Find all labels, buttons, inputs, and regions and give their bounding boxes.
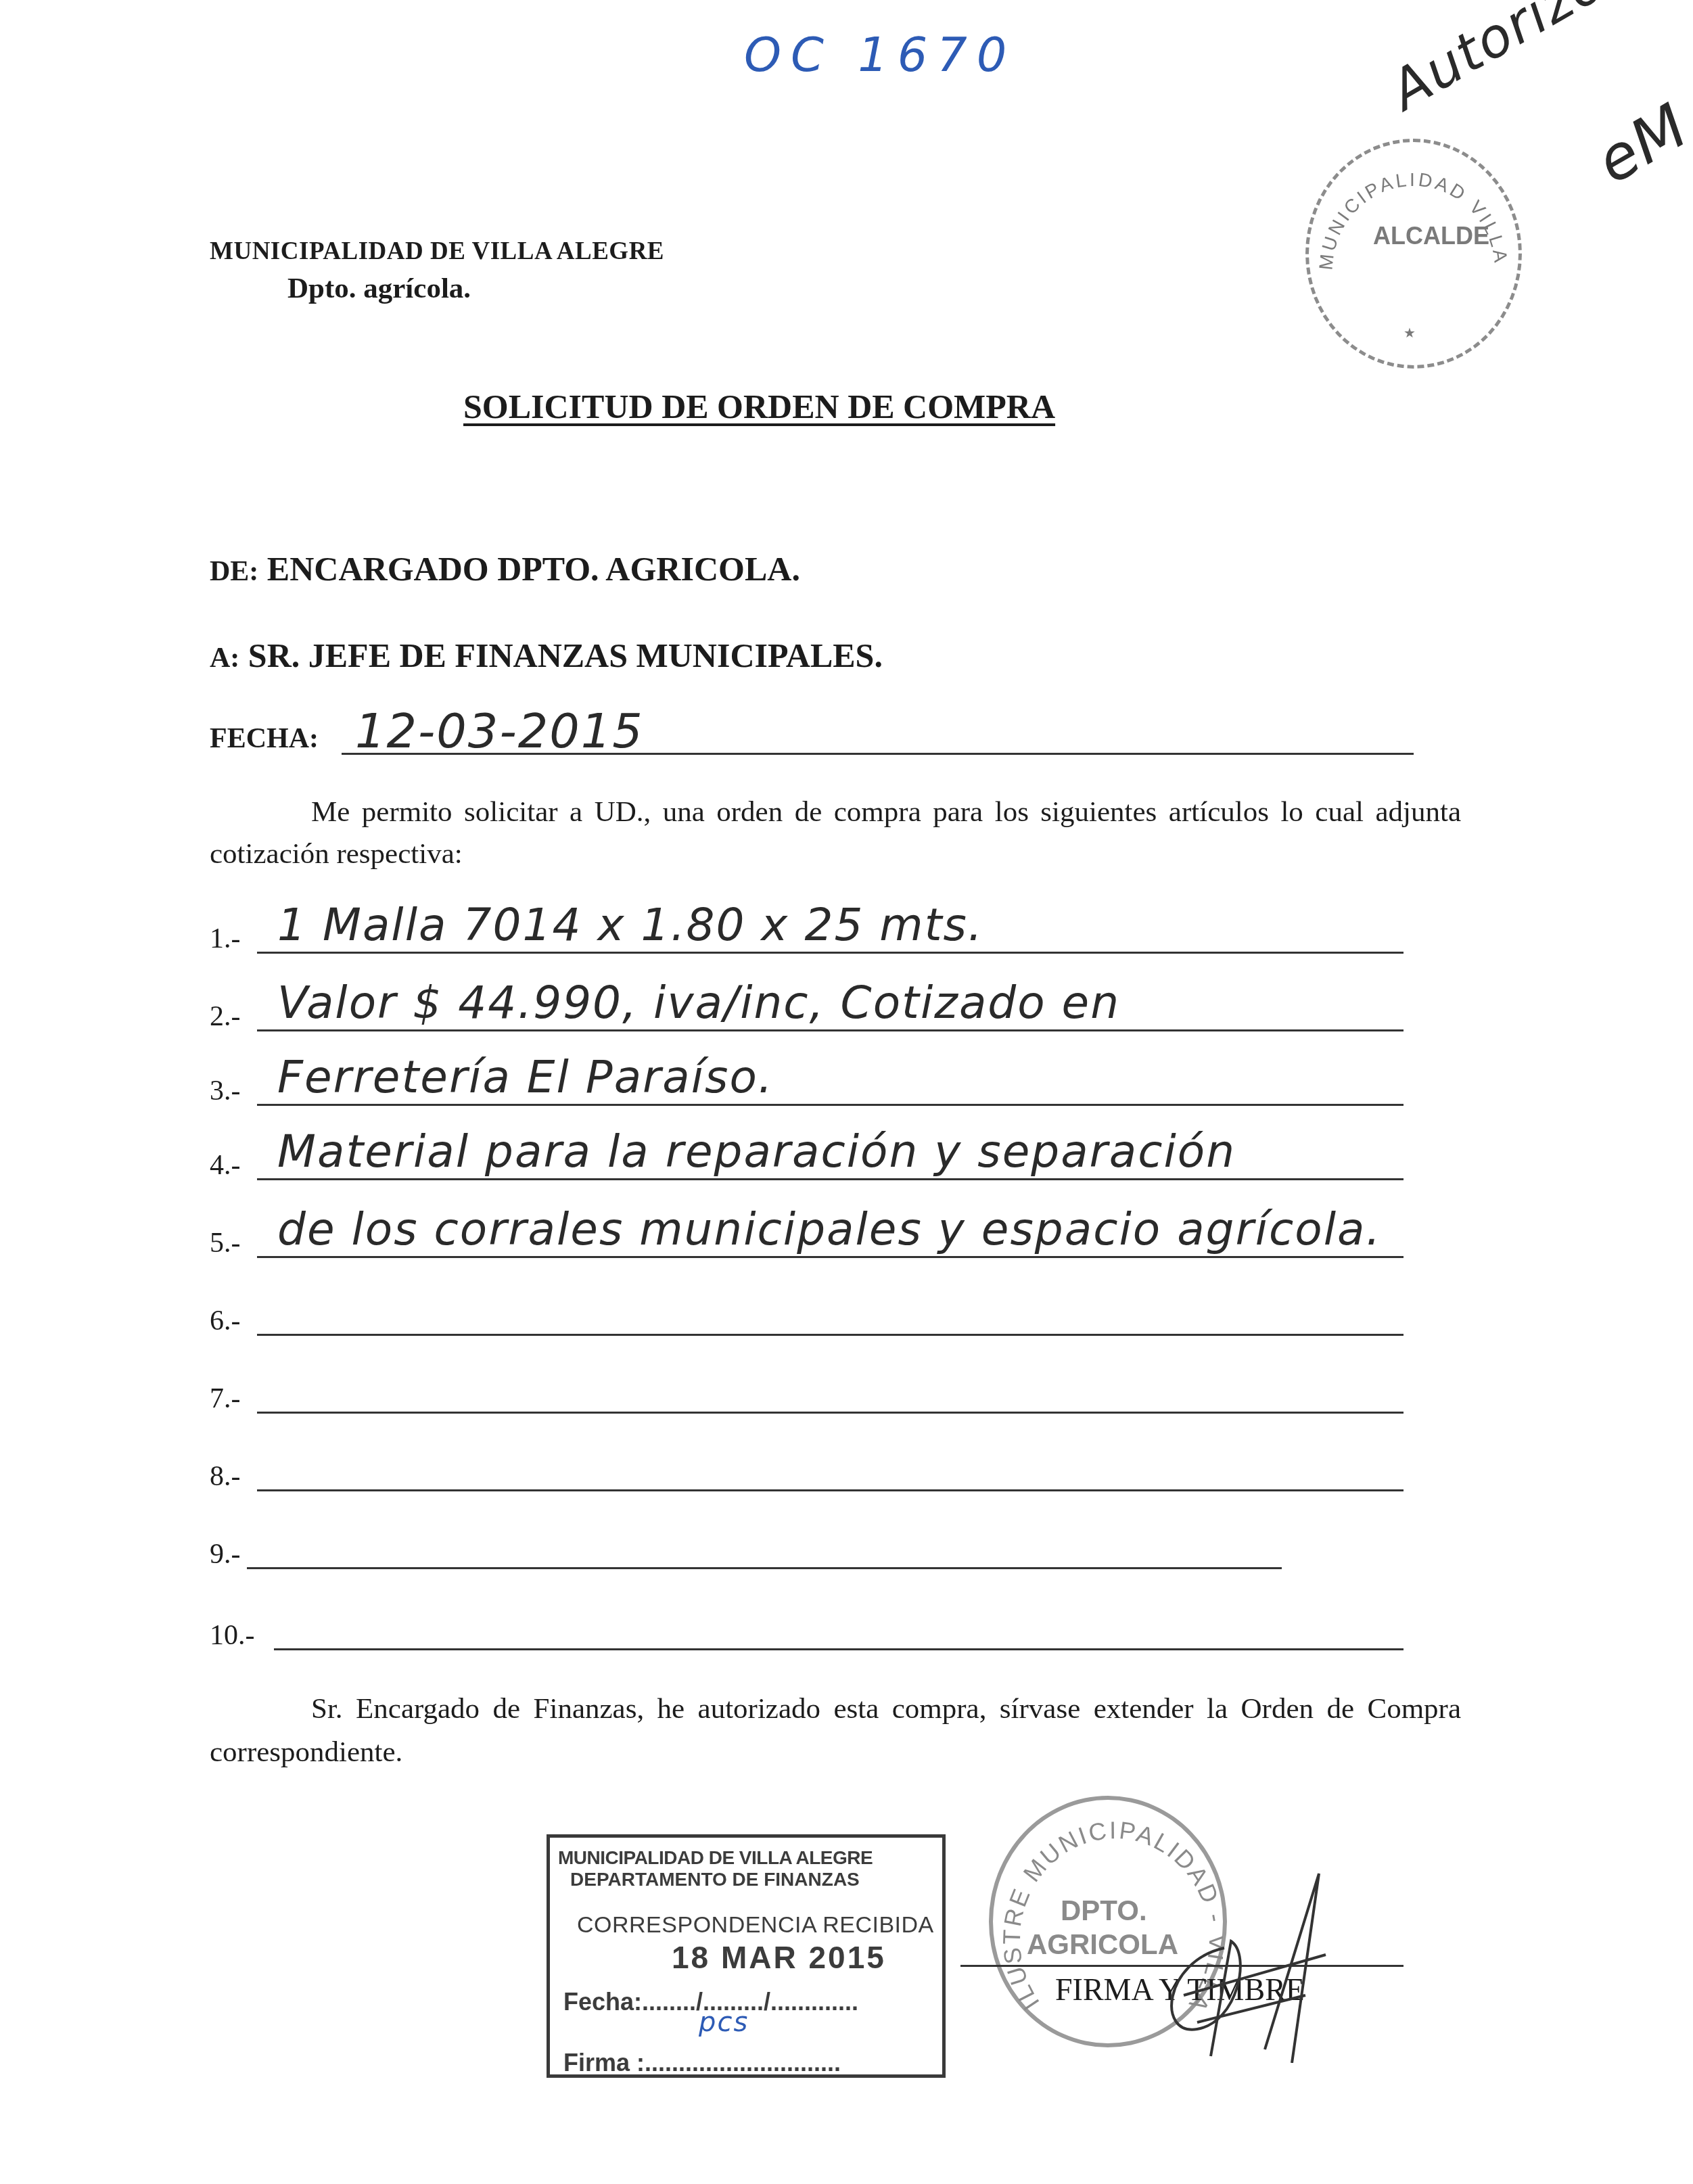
item-row: 5.-de los corrales municipales y espacio…: [210, 1211, 1427, 1265]
item-row: 9.-: [210, 1522, 1427, 1576]
star-icon: ★: [1404, 325, 1416, 342]
item-value[interactable]: 1 Malla 7014 x 1.80 x 25 mts.: [277, 899, 983, 951]
item-line: [247, 1567, 1282, 1569]
item-number: 10.-: [210, 1619, 255, 1652]
item-row: 2.-Valor $ 44.990, iva/inc, Cotizado en: [210, 984, 1427, 1038]
organization-name: MUNICIPALIDAD DE VILLA ALEGRE: [210, 237, 664, 266]
item-value[interactable]: Material para la reparación y separación: [277, 1125, 1236, 1178]
from-label: DE:: [210, 556, 258, 587]
to-label: A:: [210, 643, 239, 674]
item-value[interactable]: de los corrales municipales y espacio ag…: [277, 1203, 1381, 1255]
alcalde-seal: MUNICIPALIDAD VILLA ALEGRE ALCALDE ★: [1305, 139, 1522, 369]
item-line: [257, 1334, 1404, 1336]
item-line: [257, 1029, 1404, 1031]
stamp-org: MUNICIPALIDAD DE VILLA ALEGRE: [558, 1847, 873, 1869]
item-line: [257, 952, 1404, 954]
item-line: [257, 1489, 1404, 1491]
item-value[interactable]: Ferretería El Paraíso.: [277, 1051, 774, 1103]
seal-center-1: DPTO.: [1061, 1895, 1147, 1927]
date-label: FECHA:: [210, 722, 319, 755]
from-field: DE: ENCARGADO DPTO. AGRICOLA.: [210, 549, 800, 588]
intro-paragraph: Me permito solicitar a UD., una orden de…: [210, 791, 1461, 875]
item-number: 5.-: [210, 1227, 241, 1259]
item-row: 1.-1 Malla 7014 x 1.80 x 25 mts.: [210, 906, 1427, 960]
item-row: 10.-: [210, 1603, 1427, 1657]
mayor-initials: eM: [1585, 90, 1693, 198]
stamp-initials: pcs: [699, 2007, 749, 2038]
item-number: 4.-: [210, 1149, 241, 1182]
item-number: 6.-: [210, 1305, 241, 1337]
to-field: A: SR. JEFE DE FINANZAS MUNICIPALES.: [210, 636, 883, 675]
item-line: [257, 1178, 1404, 1180]
document-title: SOLICITUD DE ORDEN DE COMPRA: [463, 387, 1055, 426]
item-line: [257, 1104, 1404, 1106]
item-value[interactable]: Valor $ 44.990, iva/inc, Cotizado en: [277, 977, 1120, 1029]
signature-scribble: [1150, 1860, 1353, 2063]
item-row: 8.-: [210, 1444, 1427, 1498]
from-value: ENCARGADO DPTO. AGRICOLA.: [267, 550, 800, 588]
stamp-firma: Firma :.............................: [563, 2049, 841, 2077]
item-row: 4.-Material para la reparación y separac…: [210, 1133, 1427, 1187]
item-line: [274, 1648, 1404, 1650]
alcalde-seal-center: ALCALDE: [1373, 222, 1489, 250]
item-row: 7.-: [210, 1366, 1427, 1420]
department-name: Dpto. agrícola.: [287, 272, 471, 305]
item-number: 9.-: [210, 1538, 241, 1571]
item-line: [257, 1256, 1404, 1258]
item-line: [257, 1412, 1404, 1414]
item-number: 7.-: [210, 1383, 241, 1415]
finance-received-stamp: MUNICIPALIDAD DE VILLA ALEGRE DEPARTAMEN…: [547, 1834, 946, 2078]
item-number: 8.-: [210, 1460, 241, 1493]
order-number-annotation: OC 1670: [744, 27, 1016, 83]
item-number: 2.-: [210, 1000, 241, 1033]
to-value: SR. JEFE DE FINANZAS MUNICIPALES.: [248, 636, 883, 674]
item-row: 3.-Ferretería El Paraíso.: [210, 1059, 1427, 1113]
stamp-dept: DEPARTAMENTO DE FINANZAS: [570, 1869, 860, 1890]
svg-text:MUNICIPALIDAD VILLA ALEGRE: MUNICIPALIDAD VILLA ALEGRE: [1309, 142, 1512, 272]
stamp-received: CORRESPONDENCIA RECIBIDA: [577, 1912, 934, 1938]
date-value[interactable]: 12-03-2015: [355, 703, 644, 759]
item-number: 1.-: [210, 923, 241, 955]
item-row: 6.-: [210, 1288, 1427, 1343]
authorization-handwriting: Autorizo: [1380, 0, 1615, 122]
stamp-date: 18 MAR 2015: [672, 1939, 886, 1976]
item-number: 3.-: [210, 1075, 241, 1107]
closing-paragraph: Sr. Encargado de Finanzas, he autorizado…: [210, 1688, 1461, 1774]
